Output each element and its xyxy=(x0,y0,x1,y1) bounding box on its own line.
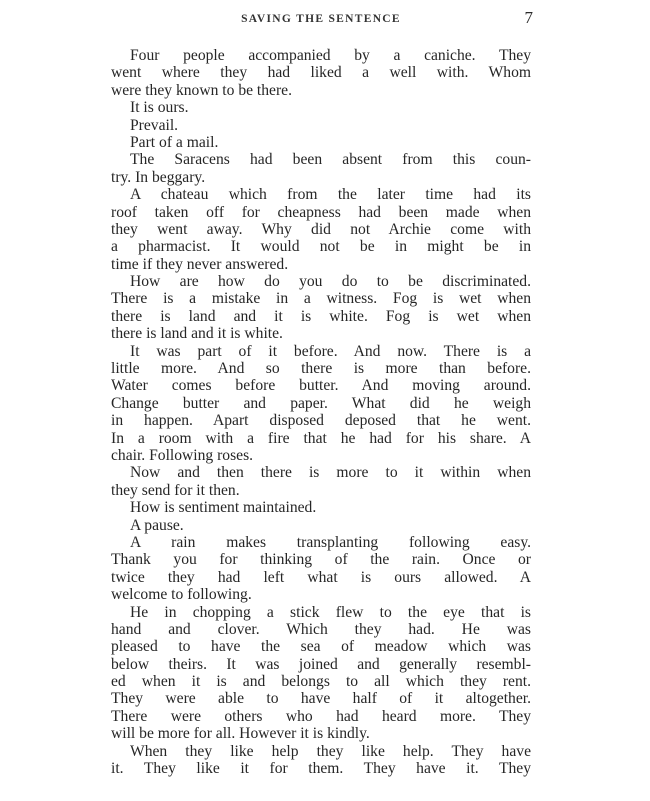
text-line: chair. Following roses. xyxy=(111,447,531,464)
text-line: ed when it is and belongs to all which t… xyxy=(111,673,531,690)
text-line: it. They like it for them. They have it.… xyxy=(111,760,531,777)
text-line: There were others who had heard more. Th… xyxy=(111,708,531,725)
text-line: twice they had left what is ours allowed… xyxy=(111,569,531,586)
running-head: SAVING THE SENTENCE 7 xyxy=(111,10,531,28)
text-line: went where they had liked a well with. W… xyxy=(111,64,531,81)
text-line: welcome to following. xyxy=(111,586,531,603)
text-line: pleased to have the sea of meadow which … xyxy=(111,638,531,655)
text-line: The Saracens had been absent from this c… xyxy=(111,151,531,168)
text-line: Prevail. xyxy=(111,117,531,134)
text-line: When they like help they like help. They… xyxy=(111,743,531,760)
text-line: They were able to have half of it altoge… xyxy=(111,690,531,707)
text-line: roof taken off for cheapness had been ma… xyxy=(111,204,531,221)
text-line: they went away. Why did not Archie come … xyxy=(111,221,531,238)
text-line: there is land and it is white. xyxy=(111,325,531,342)
text-line: It was part of it before. And now. There… xyxy=(111,343,531,360)
text-line: there is land and it is white. Fog is we… xyxy=(111,308,531,325)
text-line: Change butter and paper. What did he wei… xyxy=(111,395,531,412)
text-line: were they known to be there. xyxy=(111,82,531,99)
text-line: In a room with a fire that he had for hi… xyxy=(111,430,531,447)
text-line: Four people accompanied by a caniche. Th… xyxy=(111,47,531,64)
text-line: below theirs. It was joined and generall… xyxy=(111,656,531,673)
text-line: Thank you for thinking of the rain. Once… xyxy=(111,551,531,568)
page-number: 7 xyxy=(525,8,534,28)
running-title: SAVING THE SENTENCE xyxy=(111,10,531,28)
text-line: There is a mistake in a witness. Fog is … xyxy=(111,290,531,307)
text-line: hand and clover. Which they had. He was xyxy=(111,621,531,638)
text-line: Water comes before butter. And moving ar… xyxy=(111,377,531,394)
text-line: time if they never answered. xyxy=(111,256,531,273)
body-text: Four people accompanied by a caniche. Th… xyxy=(111,47,531,777)
text-line: Now and then there is more to it within … xyxy=(111,464,531,481)
text-line: a pharmacist. It would not be in might b… xyxy=(111,238,531,255)
text-line: It is ours. xyxy=(111,99,531,116)
text-line: will be more for all. However it is kind… xyxy=(111,725,531,742)
text-line: Part of a mail. xyxy=(111,134,531,151)
text-line: try. In beggary. xyxy=(111,169,531,186)
text-line: He in chopping a stick flew to the eye t… xyxy=(111,604,531,621)
text-line: in happen. Apart disposed deposed that h… xyxy=(111,412,531,429)
text-line: A rain makes transplanting following eas… xyxy=(111,534,531,551)
text-line: they send for it then. xyxy=(111,482,531,499)
text-line: A pause. xyxy=(111,517,531,534)
text-line: How is sentiment maintained. xyxy=(111,499,531,516)
text-line: How are how do you do to be discriminate… xyxy=(111,273,531,290)
text-line: A chateau which from the later time had … xyxy=(111,186,531,203)
text-line: little more. And so there is more than b… xyxy=(111,360,531,377)
